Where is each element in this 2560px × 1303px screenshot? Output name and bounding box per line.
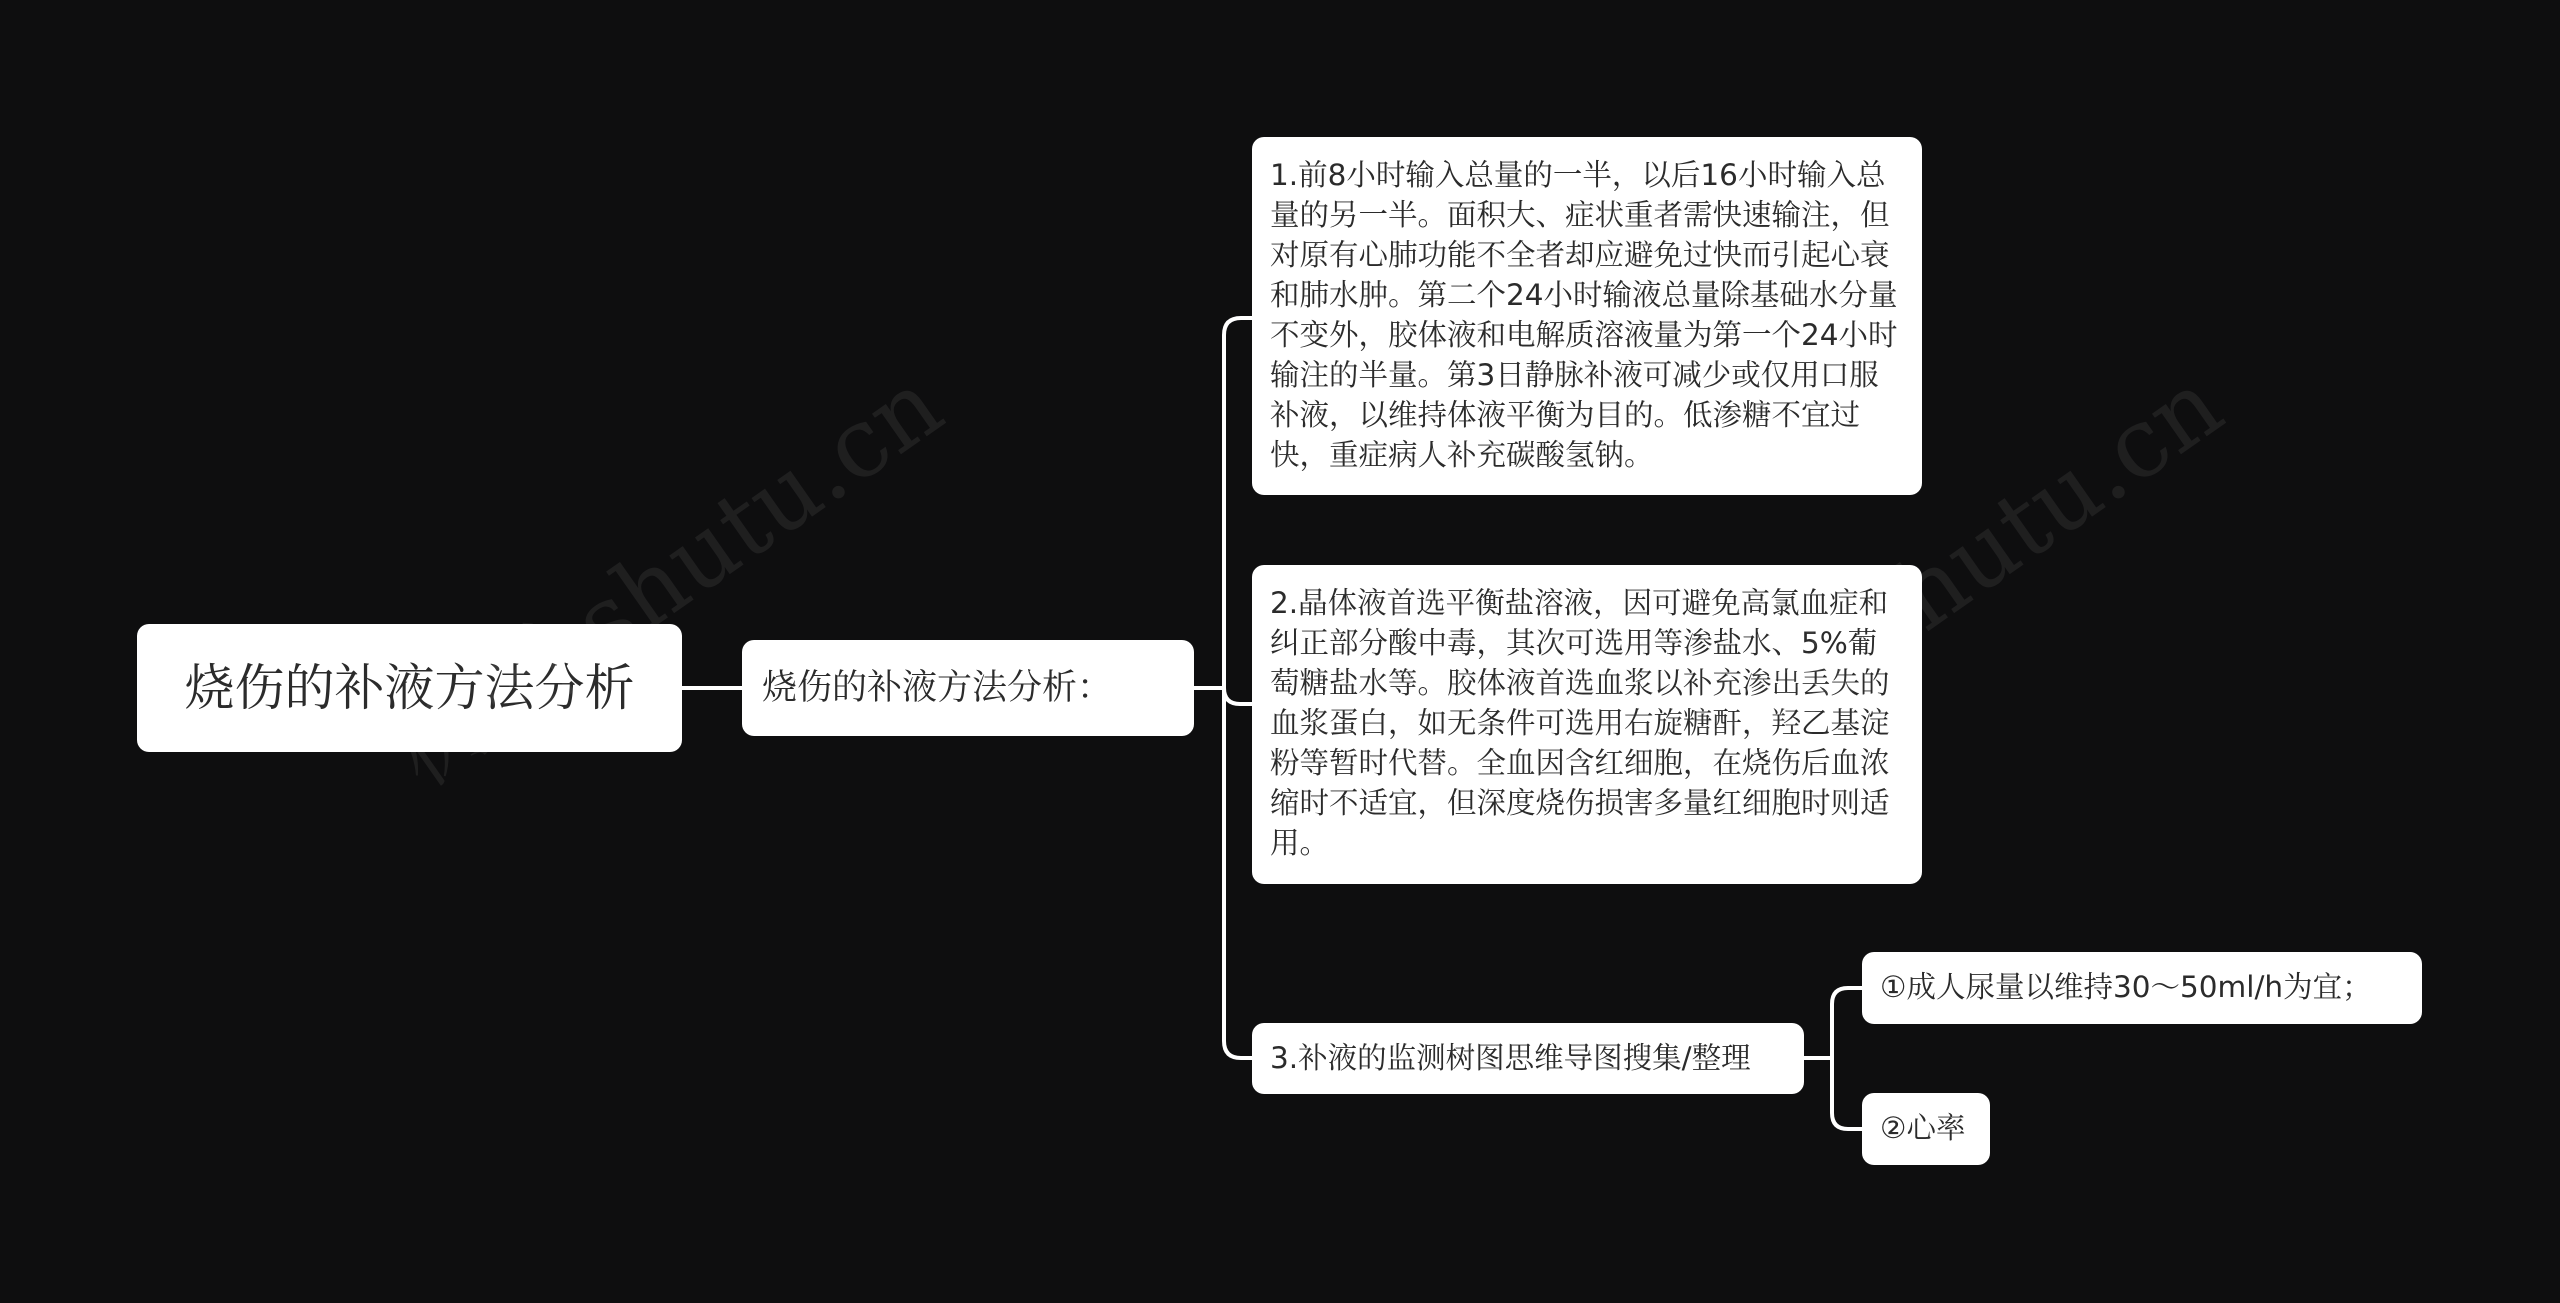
level1-node[interactable]: 烧伤的补液方法分析： [742, 640, 1194, 736]
child-node-label: 2.晶体液首选平衡盐溶液，因可避免高氯血症和纠正部分酸中毒，其次可选用等渗盐水、… [1270, 583, 1906, 863]
level1-node-label: 烧伤的补液方法分析： [762, 671, 1112, 706]
connector-child2 [1224, 688, 1252, 704]
child-node-fluid-timing[interactable]: 1.前8小时输入总量的一半，以后16小时输入总量的另一半。面积大、症状重者需快速… [1252, 137, 1922, 495]
grandchild-node-urine-output[interactable]: ①成人尿量以维持30～50ml/h为宜； [1862, 952, 2422, 1024]
connector-child1 [1224, 318, 1252, 688]
mindmap-canvas: 烧伤的补液方法分析 烧伤的补液方法分析： 1.前8小时输入总量的一半，以后16小… [0, 0, 2560, 1303]
child-node-monitoring[interactable]: 3.补液的监测树图思维导图搜集/整理 [1252, 1023, 1804, 1094]
root-node[interactable]: 烧伤的补液方法分析 [137, 624, 682, 752]
connector-grandchild2 [1832, 1058, 1862, 1129]
grandchild-node-heart-rate[interactable]: ②心率 [1862, 1093, 1990, 1165]
connector-child3 [1224, 688, 1252, 1058]
connector-grandchild1 [1832, 988, 1862, 1058]
child-node-fluid-types[interactable]: 2.晶体液首选平衡盐溶液，因可避免高氯血症和纠正部分酸中毒，其次可选用等渗盐水、… [1252, 565, 1922, 884]
child-node-label: 1.前8小时输入总量的一半，以后16小时输入总量的另一半。面积大、症状重者需快速… [1270, 155, 1906, 475]
root-node-label: 烧伤的补液方法分析 [185, 663, 635, 713]
child-node-label: 3.补液的监测树图思维导图搜集/整理 [1270, 1044, 1751, 1074]
grandchild-node-label: ①成人尿量以维持30～50ml/h为宜； [1880, 973, 2372, 1003]
grandchild-node-label: ②心率 [1880, 1114, 1965, 1144]
